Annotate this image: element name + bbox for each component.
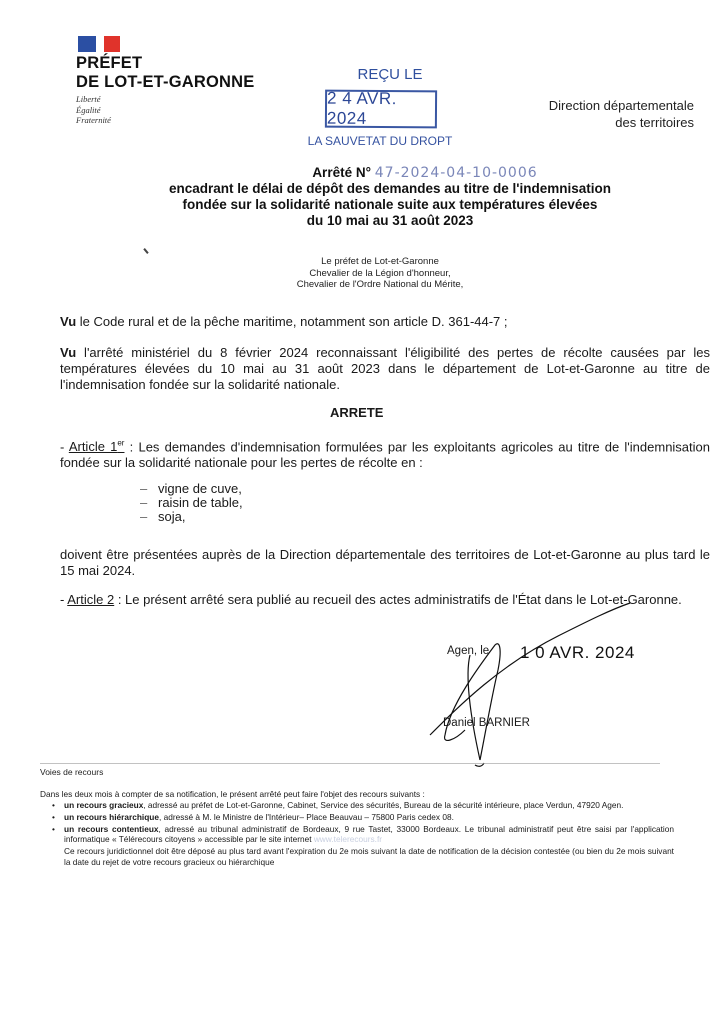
crop-list: –vigne de cuve, –raisin de table, –soja, bbox=[140, 482, 243, 524]
republic-motto: Liberté Égalité Fraternité bbox=[76, 94, 111, 126]
prefet-title-1: Le préfet de Lot-et-Garonne bbox=[230, 256, 530, 268]
visa-arrete-ministeriel: Vu l'arrêté ministériel du 8 février 202… bbox=[60, 345, 710, 393]
prefet-titles: Le préfet de Lot-et-Garonne Chevalier de… bbox=[230, 256, 530, 291]
prefet-title-3: Chevalier de l'Ordre National du Mérite, bbox=[230, 279, 530, 291]
arrete-heading: ARRETE bbox=[330, 405, 383, 420]
prefet-title-2: Chevalier de la Légion d'honneur, bbox=[230, 268, 530, 280]
visa-text: le Code rural et de la pêche maritime, n… bbox=[76, 314, 507, 329]
crop-item: –vigne de cuve, bbox=[140, 482, 243, 496]
arrete-prefix: Arrêté N° bbox=[312, 165, 371, 180]
article-2-text: : Le présent arrêté sera publié au recue… bbox=[114, 592, 682, 607]
visa-lead: Vu bbox=[60, 314, 76, 329]
received-stamp-date: 2 4 AVR. 2024 bbox=[325, 90, 437, 129]
article-2-label: Article 2 bbox=[67, 592, 114, 607]
dash-icon: – bbox=[140, 496, 158, 510]
crop-item: –raisin de table, bbox=[140, 496, 243, 510]
article-1-label: Article 1er bbox=[69, 439, 125, 454]
motto-egalite: Égalité bbox=[76, 105, 111, 116]
service-line-1: Direction départementale bbox=[549, 97, 694, 114]
handwritten-signature bbox=[420, 595, 720, 770]
appeals-title: Voies de recours bbox=[40, 767, 103, 777]
appeals-list: un recours gracieux, adressé au préfet d… bbox=[52, 800, 674, 868]
authority-name: PRÉFET DE LOT-ET-GARONNE bbox=[76, 54, 255, 92]
subtitle-line-1: encadrant le délai de dépôt des demandes… bbox=[120, 181, 660, 197]
appeal-item: un recours hiérarchique, adressé à M. le… bbox=[52, 812, 674, 823]
scan-mark bbox=[143, 248, 148, 254]
appeal-type: un recours gracieux bbox=[64, 800, 143, 810]
marianne-flag-icon bbox=[78, 36, 122, 52]
received-stamp-place: LA SAUVETAT DU DROPT bbox=[305, 134, 455, 148]
crop-item: –soja, bbox=[140, 510, 243, 524]
dash-icon: – bbox=[140, 482, 158, 496]
crop-label: vigne de cuve, bbox=[158, 481, 242, 496]
section-divider bbox=[40, 763, 660, 764]
motto-fraternite: Fraternité bbox=[76, 115, 111, 126]
appeal-text: , adressé au préfet de Lot-et-Garonne, C… bbox=[143, 800, 623, 810]
appeal-type: un recours contentieux bbox=[64, 824, 159, 834]
article-dash: - bbox=[60, 439, 69, 454]
authority-line-2: DE LOT-ET-GARONNE bbox=[76, 73, 255, 92]
arrete-number-line: Arrêté N° 47-2024-04-10-0006 bbox=[120, 165, 660, 181]
document-title: Arrêté N° 47-2024-04-10-0006 encadrant l… bbox=[120, 165, 660, 229]
subtitle-line-3: du 10 mai au 31 août 2023 bbox=[120, 213, 660, 229]
appeal-text: , adressé à M. le Ministre de l'Intérieu… bbox=[159, 812, 454, 822]
service-line-2: des territoires bbox=[549, 114, 694, 131]
appeal-item: un recours gracieux, adressé au préfet d… bbox=[52, 800, 674, 811]
motto-liberte: Liberté bbox=[76, 94, 111, 105]
article-1-text: : Les demandes d'indemnisation formulées… bbox=[60, 439, 710, 470]
visa-lead: Vu bbox=[60, 345, 76, 360]
signature-date-stamp: 1 0 AVR. 2024 bbox=[520, 643, 635, 663]
arrete-number: 47-2024-04-10-0006 bbox=[375, 165, 538, 181]
crop-label: soja, bbox=[158, 509, 185, 524]
subtitle-line-2: fondée sur la solidarité nationale suite… bbox=[120, 197, 660, 213]
signer-name: Daniel BARNIER bbox=[443, 717, 530, 729]
article-1-label-text: Article 1 bbox=[69, 439, 118, 454]
appeals-closing: Ce recours juridictionnel doit être dépo… bbox=[52, 846, 674, 868]
visa-text: l'arrêté ministériel du 8 février 2024 r… bbox=[60, 345, 710, 392]
appeal-item: un recours contentieux, adressé au tribu… bbox=[52, 824, 674, 846]
article-2: - Article 2 : Le présent arrêté sera pub… bbox=[60, 592, 710, 608]
visa-code-rural: Vu le Code rural et de la pêche maritime… bbox=[60, 314, 710, 330]
received-stamp-label: REÇU LE bbox=[340, 66, 440, 83]
signature-place: Agen, le bbox=[447, 645, 489, 657]
crop-label: raisin de table, bbox=[158, 495, 243, 510]
dash-icon: – bbox=[140, 510, 158, 524]
appeals-intro: Dans les deux mois à compter de sa notif… bbox=[40, 789, 675, 801]
article-1: - Article 1er : Les demandes d'indemnisa… bbox=[60, 436, 710, 471]
appeal-type: un recours hiérarchique bbox=[64, 812, 159, 822]
telerecours-link[interactable]: www.telerecours.fr bbox=[314, 834, 382, 844]
authority-line-1: PRÉFET bbox=[76, 54, 255, 73]
issuing-service: Direction départementale des territoires bbox=[549, 97, 694, 131]
article-1-closing: doivent être présentées auprès de la Dir… bbox=[60, 547, 710, 579]
